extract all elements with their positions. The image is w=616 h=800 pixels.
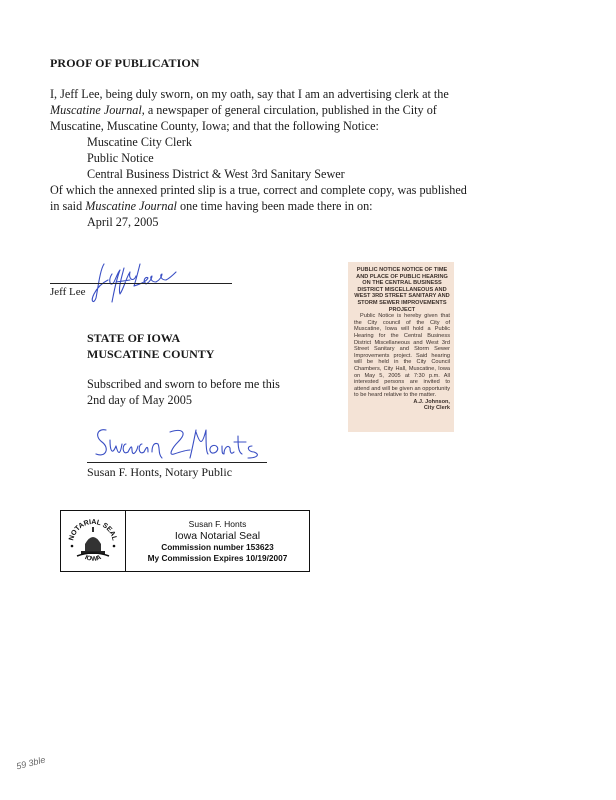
venue-county: MUSCATINE COUNTY [87,347,214,362]
notice-item: Public Notice [87,150,154,166]
seal-commission-number: Commission number 153623 [161,542,274,553]
newspaper-name: Muscatine Journal [50,103,142,117]
seal-emblem: NOTARIAL SEAL IOWA [61,511,126,571]
affidavit-line-5: in said Muscatine Journal one time havin… [50,198,373,214]
seal-commission-expires: My Commission Expires 10/19/2007 [148,553,288,564]
jurat-line-1: Subscribed and sworn to before me this [87,376,280,392]
affidavit-line-5-pre: in said [50,199,85,213]
signature-notary [92,424,272,464]
seal-ring-bottom: IOWA [84,554,103,563]
seal-title: Iowa Notarial Seal [175,530,260,542]
venue-state: STATE OF IOWA [87,331,180,346]
notary-printed-name: Susan F. Honts, Notary Public [87,465,232,480]
seal-text: Susan F. Honts Iowa Notarial Seal Commis… [126,511,309,571]
signature-jeff-lee [90,258,200,306]
svg-text:IOWA: IOWA [84,554,103,563]
affidavit-line-3: Muscatine, Muscatine County, Iowa; and t… [50,118,379,134]
publication-date: April 27, 2005 [87,214,158,230]
signer-name: Jeff Lee [50,286,86,298]
affidavit-line-2: Muscatine Journal, a newspaper of genera… [50,102,437,118]
clipping-signed-name: A.J. Johnson, [354,399,450,406]
newspaper-name: Muscatine Journal [85,199,177,213]
jurat-line-2: 2nd day of May 2005 [87,392,192,408]
notarial-seal-stamp: NOTARIAL SEAL IOWA Susan F. Honts Iowa N… [60,510,310,572]
affidavit-line-5-post: one time having been made there in on: [177,199,373,213]
affidavit-line-4: Of which the annexed printed slip is a t… [50,182,467,198]
seal-notary-name: Susan F. Honts [189,519,247,530]
signature-line [50,283,232,284]
handwritten-margin-note: 59 3ble [15,755,46,772]
affidavit-line-1: I, Jeff Lee, being duly sworn, on my oat… [50,86,449,102]
notice-item: Muscatine City Clerk [87,134,192,150]
affidavit-line-2-rest: , a newspaper of general circulation, pu… [142,103,437,117]
capitol-dome-seal-icon: NOTARIAL SEAL IOWA [65,514,121,568]
newspaper-clipping: PUBLIC NOTICE NOTICE OF TIME AND PLACE O… [348,262,454,432]
clipping-signed-title: City Clerk [354,405,450,412]
notice-item: Central Business District & West 3rd San… [87,166,345,182]
clipping-headline: PUBLIC NOTICE NOTICE OF TIME AND PLACE O… [354,267,450,313]
notary-signature-line [87,462,267,463]
document-title: PROOF OF PUBLICATION [50,56,200,71]
clipping-body: Public Notice is hereby given that the C… [354,313,450,399]
